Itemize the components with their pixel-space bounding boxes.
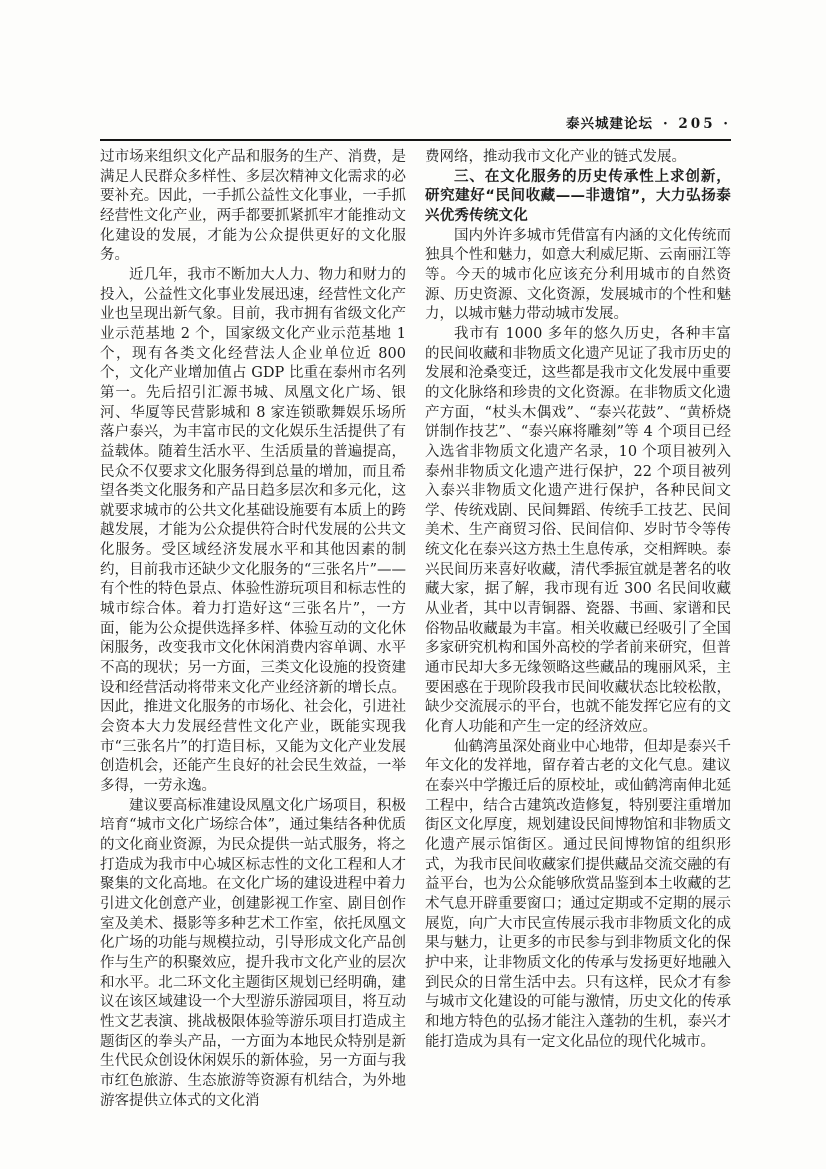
paragraph-continuation: 过市场来组织文化产品和服务的生产、消费，是满足人民群众多样性、多层次精神文化需求… (100, 148, 406, 266)
paragraph: 建议要高标准建设凤凰文化广场项目，积极培育“城市文化广场综合体”，通过集结各种优… (100, 797, 406, 1112)
paragraph-continuation: 费网络，推动我市文化产业的链式发展。 (425, 148, 731, 168)
right-column: 费网络，推动我市文化产业的链式发展。 三、在文化服务的历史传承性上求创新，研究建… (425, 148, 731, 1111)
paragraph: 仙鹤湾虽深处商业中心地带，但却是泰兴千年文化的发祥地，留存着古老的文化气息。建议… (425, 738, 731, 1053)
header-rule (100, 139, 731, 141)
page-number: · 205 · (663, 116, 731, 132)
paragraph: 近几年，我市不断加大人力、物力和财力的投入，公益性文化事业发展迅速，经营性文化产… (100, 266, 406, 797)
page-content: 过市场来组织文化产品和服务的生产、消费，是满足人民群众多样性、多层次精神文化需求… (100, 148, 731, 1111)
left-column: 过市场来组织文化产品和服务的生产、消费，是满足人民群众多样性、多层次精神文化需求… (100, 148, 406, 1111)
document-page: 泰兴城建论坛 · 205 · 过市场来组织文化产品和服务的生产、消费，是满足人民… (0, 0, 826, 1169)
paragraph: 国内外许多城市凭借富有内涵的文化传统而独具个性和魅力，如意大利威尼斯、云南丽江等… (425, 227, 731, 325)
paragraph: 我市有 1000 多年的悠久历史，各种丰富的民间收藏和非物质文化遗产见证了我市历… (425, 325, 731, 738)
page-header: 泰兴城建论坛 · 205 · (100, 112, 731, 134)
section-heading: 三、在文化服务的历史传承性上求创新，研究建好“民间收藏——非遗馆”，大力弘扬泰兴… (425, 168, 731, 227)
journal-title: 泰兴城建论坛 (566, 112, 653, 132)
